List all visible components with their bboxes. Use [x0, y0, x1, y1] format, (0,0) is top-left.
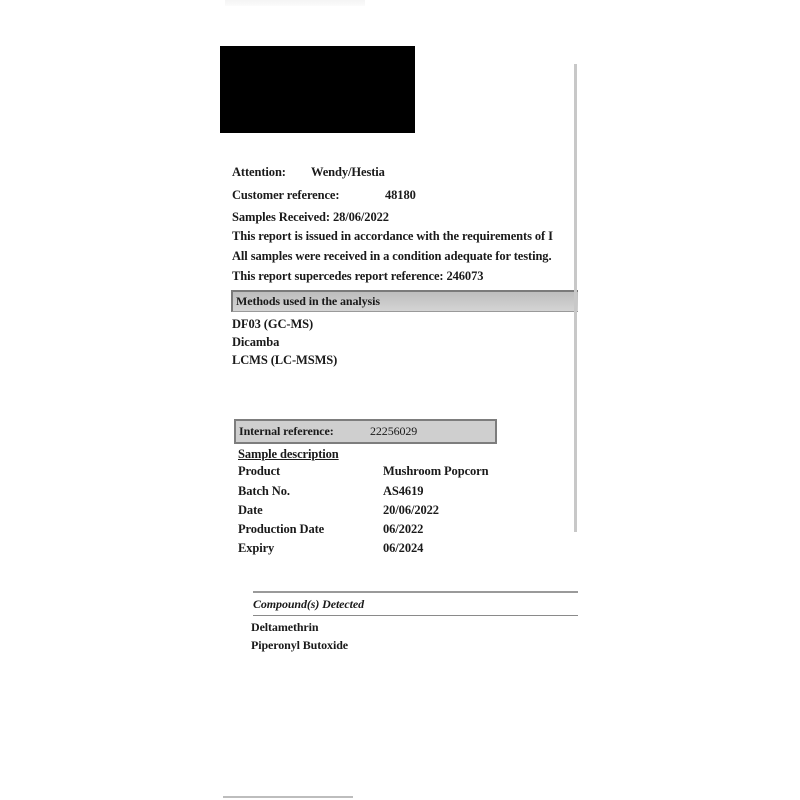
- field-value: Mushroom Popcorn: [383, 464, 488, 479]
- attention-label: Attention:: [232, 165, 286, 180]
- internal-reference-bar: Internal reference: 22256029: [234, 419, 497, 444]
- field-label: Batch No.: [238, 484, 290, 499]
- sample-description-heading: Sample description: [238, 447, 339, 462]
- footer-rule: [223, 796, 353, 798]
- supersedes-statement: This report supercedes report reference:…: [232, 269, 483, 284]
- compounds-heading: Compound(s) Detected: [253, 597, 364, 612]
- field-value: AS4619: [383, 484, 423, 499]
- customer-reference-value: 48180: [385, 188, 416, 203]
- methods-heading-bar: Methods used in the analysis: [231, 290, 578, 312]
- method-item: LCMS (LC-MSMS): [232, 353, 337, 368]
- compound-item: Piperonyl Butoxide: [251, 638, 348, 653]
- methods-heading: Methods used in the analysis: [236, 294, 380, 309]
- compound-item: Deltamethrin: [251, 620, 318, 635]
- method-item: Dicamba: [232, 335, 279, 350]
- page-edge-divider: [574, 64, 577, 532]
- compounds-top-rule: [253, 591, 578, 593]
- compounds-heading-rule: [253, 615, 578, 616]
- field-label: Production Date: [238, 522, 324, 537]
- field-label: Date: [238, 503, 263, 518]
- condition-statement: All samples were received in a condition…: [232, 249, 551, 264]
- field-value: 06/2022: [383, 522, 423, 537]
- field-value: 06/2024: [383, 541, 423, 556]
- report-page: Attention: Wendy/Hestia Customer referen…: [0, 0, 578, 800]
- field-label: Product: [238, 464, 280, 479]
- accordance-statement: This report is issued in accordance with…: [232, 229, 553, 244]
- internal-reference-label: Internal reference:: [239, 424, 334, 439]
- field-value: 20/06/2022: [383, 503, 439, 518]
- customer-reference-label: Customer reference:: [232, 188, 339, 203]
- field-label: Expiry: [238, 541, 274, 556]
- attention-value: Wendy/Hestia: [311, 165, 385, 180]
- method-item: DF03 (GC-MS): [232, 317, 313, 332]
- internal-reference-value: 22256029: [370, 424, 417, 439]
- samples-received: Samples Received: 28/06/2022: [232, 210, 389, 225]
